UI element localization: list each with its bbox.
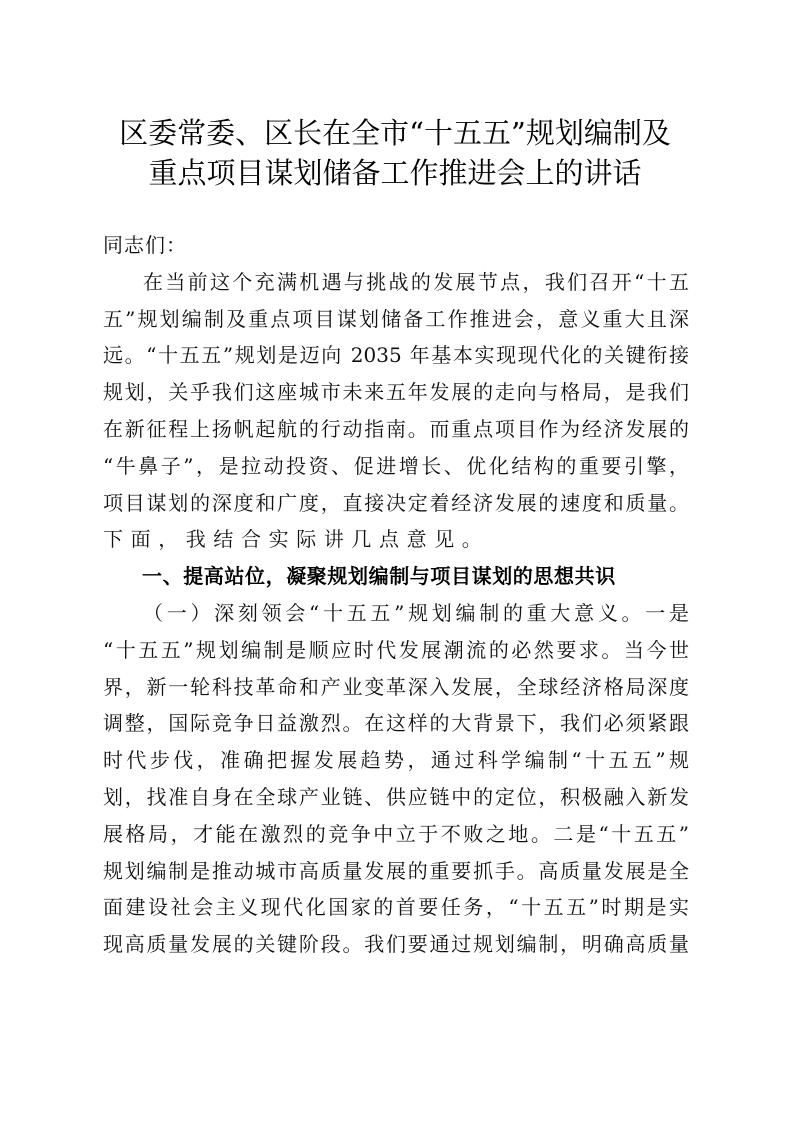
title-line-2: 重点项目谋划储备工作推进会上的讲话 [100, 153, 690, 193]
section-paragraph-line: 展格局，才能在激烈的竞争中立于不败之地。二是“十五五” [103, 816, 689, 853]
intro-paragraph-line: 在当前这个充满机遇与挑战的发展节点，我们召开“十五 [103, 264, 689, 301]
intro-paragraph-line: 五”规划编制及重点项目谋划储备工作推进会，意义重大且深 [103, 301, 689, 338]
section-paragraph-line: 现高质量发展的关键阶段。我们要通过规划编制，明确高质量 [103, 926, 689, 963]
intro-paragraph-line: “牛鼻子”，是拉动投资、促进增长、优化结构的重要引擎， [103, 448, 689, 485]
document-title: 区委常委、区长在全市“十五五”规划编制及 重点项目谋划储备工作推进会上的讲话 [100, 113, 690, 193]
section-paragraph-line: 调整，国际竞争日益激烈。在这样的大背景下，我们必须紧跟 [103, 705, 689, 742]
section-paragraph-line: 划，找准自身在全球产业链、供应链中的定位，积极融入新发 [103, 779, 689, 816]
section-paragraph-line: 界，新一轮科技革命和产业变革深入发展，全球经济格局深度 [103, 669, 689, 706]
section-paragraph-line: （一）深刻领会“十五五”规划编制的重大意义。一是 [103, 595, 689, 632]
section-paragraph-line: 时代步伐，准确把握发展趋势，通过科学编制“十五五”规 [103, 742, 689, 779]
section-paragraph-line: “十五五”规划编制是顺应时代发展潮流的必然要求。当今世 [103, 632, 689, 669]
section-heading: 一、提高站位，凝聚规划编制与项目谋划的思想共识 [103, 558, 689, 595]
intro-paragraph-line: 规划，关乎我们这座城市未来五年发展的走向与格局，是我们 [103, 374, 689, 411]
document-page: 区委常委、区长在全市“十五五”规划编制及 重点项目谋划储备工作推进会上的讲话 同… [0, 0, 793, 1122]
section-paragraph-line: 规划编制是推动城市高质量发展的重要抓手。高质量发展是全 [103, 853, 689, 890]
intro-paragraph-line: 远。“十五五”规划是迈向 2035 年基本实现现代化的关键衔接 [103, 337, 689, 374]
document-body: 同志们： 在当前这个充满机遇与挑战的发展节点，我们召开“十五 五”规划编制及重点… [103, 227, 689, 963]
intro-paragraph-line: 项目谋划的深度和广度，直接决定着经济发展的速度和质量。 [103, 485, 689, 522]
intro-paragraph-line: 在新征程上扬帆起航的行动指南。而重点项目作为经济发展的 [103, 411, 689, 448]
intro-paragraph-line: 下面，我结合实际讲几点意见。 [103, 521, 689, 558]
salutation: 同志们： [103, 227, 689, 264]
section-paragraph-line: 面建设社会主义现代化国家的首要任务，“十五五”时期是实 [103, 889, 689, 926]
title-line-1: 区委常委、区长在全市“十五五”规划编制及 [100, 113, 690, 153]
